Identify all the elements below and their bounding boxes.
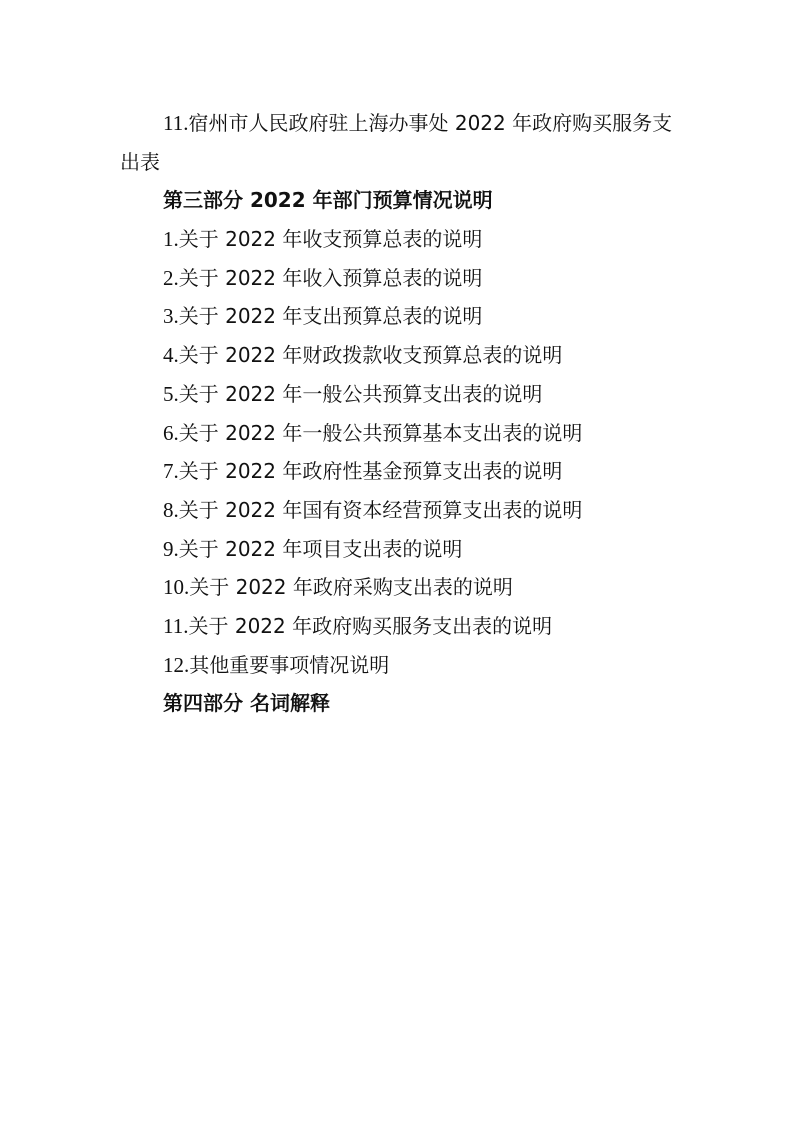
- toc-item-10: 10.关于 2022 年政府采购支出表的说明: [120, 568, 680, 607]
- document-page: 11.宿州市人民政府驻上海办事处 2022 年政府购买服务支出表 第三部分 20…: [120, 104, 680, 723]
- toc-item-1: 1.关于 2022 年收支预算总表的说明: [120, 220, 680, 259]
- toc-item-4: 4.关于 2022 年财政拨款收支预算总表的说明: [120, 336, 680, 375]
- toc-item-3: 3.关于 2022 年支出预算总表的说明: [120, 297, 680, 336]
- toc-item-text: 宿州市人民政府驻上海办事处 2022 年政府购买服务支出表: [120, 111, 672, 174]
- toc-item-5: 5.关于 2022 年一般公共预算支出表的说明: [120, 375, 680, 414]
- toc-item-8: 8.关于 2022 年国有资本经营预算支出表的说明: [120, 491, 680, 530]
- toc-item-6: 6.关于 2022 年一般公共预算基本支出表的说明: [120, 414, 680, 453]
- toc-item-2: 2.关于 2022 年收入预算总表的说明: [120, 259, 680, 298]
- toc-item-7: 7.关于 2022 年政府性基金预算支出表的说明: [120, 452, 680, 491]
- toc-item-11: 11.关于 2022 年政府购买服务支出表的说明: [120, 607, 680, 646]
- toc-item-11-part2: 11.宿州市人民政府驻上海办事处 2022 年政府购买服务支出表: [120, 104, 680, 181]
- toc-item-9: 9.关于 2022 年项目支出表的说明: [120, 530, 680, 569]
- section-heading-part3: 第三部分 2022 年部门预算情况说明: [120, 181, 680, 220]
- toc-item-12: 12.其他重要事项情况说明: [120, 646, 680, 685]
- section-heading-part4: 第四部分 名词解释: [120, 684, 680, 723]
